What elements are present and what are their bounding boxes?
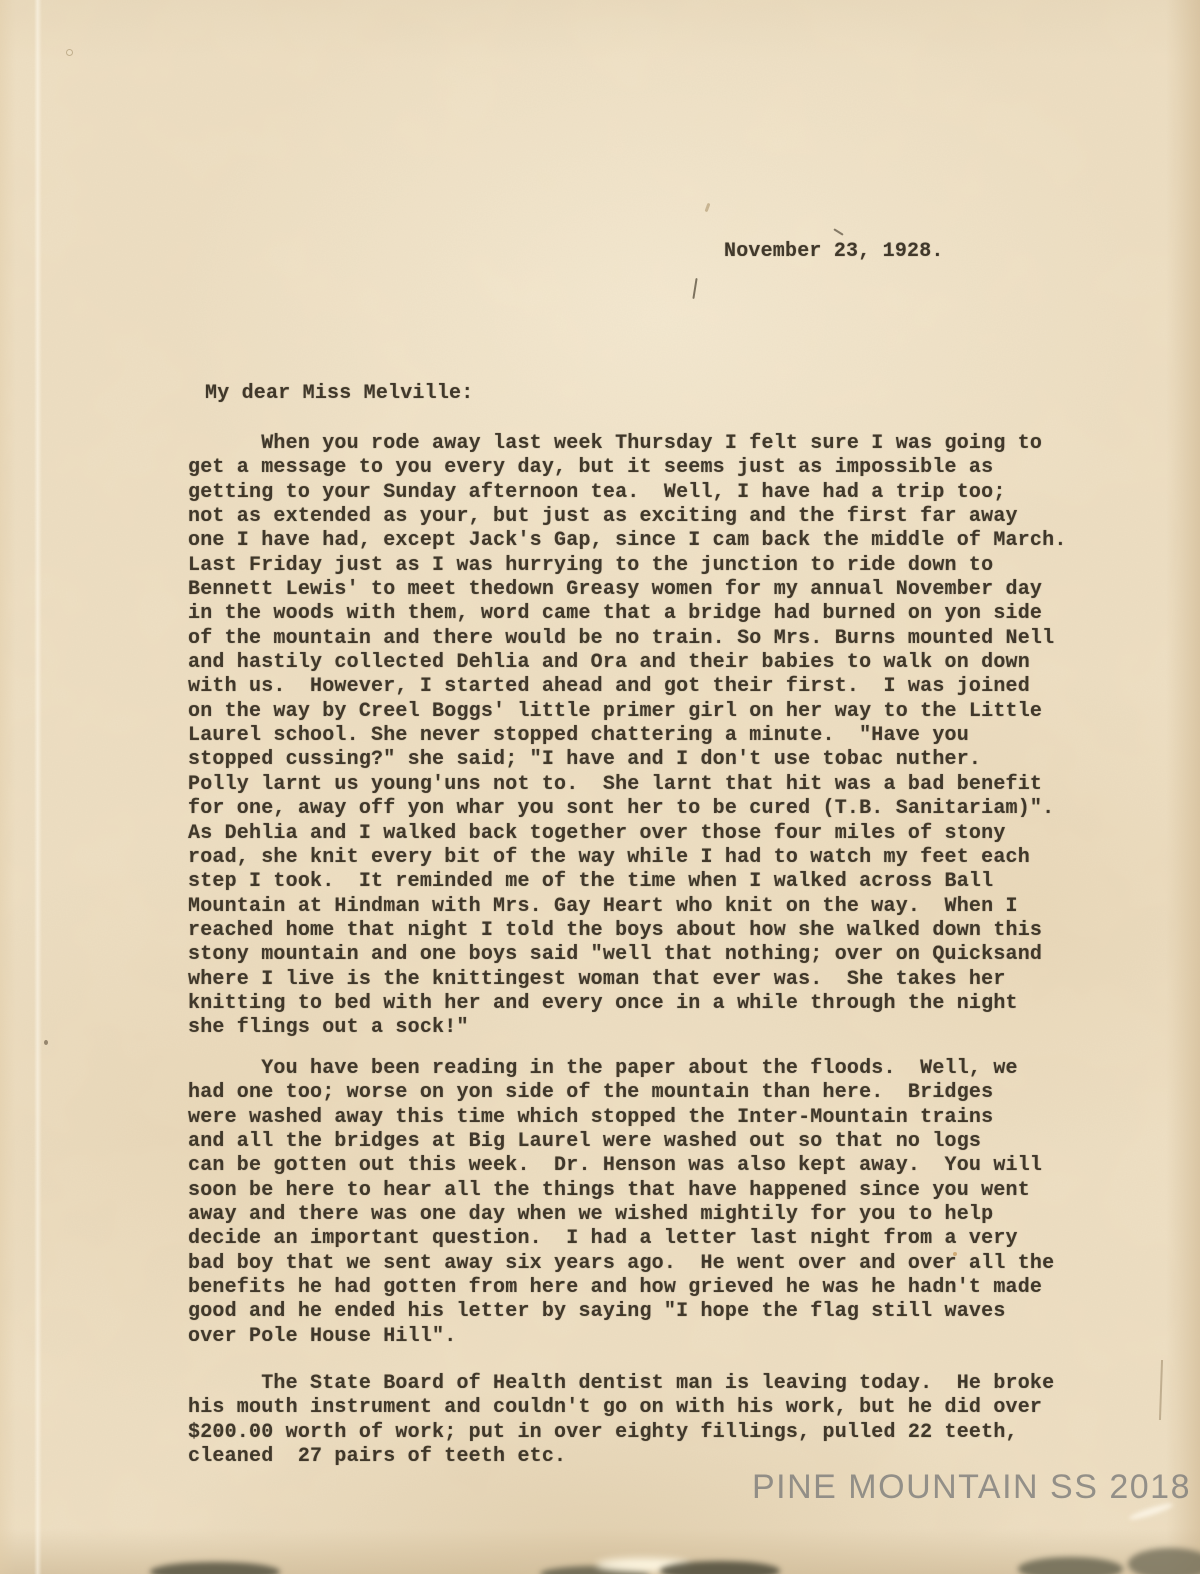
letter-line: benefits he had gotten from here and how… <box>188 1276 1054 1300</box>
letter-line: You have been reading in the paper about… <box>188 1057 1054 1081</box>
letter-line: and hastily collected Dehlia and Ora and… <box>188 651 1067 675</box>
letter-line: get a message to you every day, but it s… <box>188 456 1067 480</box>
letter-line: knitting to bed with her and every once … <box>188 992 1067 1016</box>
letter-line: on the way by Creel Boggs' little primer… <box>188 700 1067 724</box>
archive-watermark: PINE MOUNTAIN SS 2018 <box>752 1468 1191 1507</box>
letter-line: stony mountain and one boys said "well t… <box>188 943 1067 967</box>
letter-line: over Pole House Hill". <box>188 1325 1054 1349</box>
paper-speck <box>44 1040 48 1045</box>
letter-line: cleaned 27 pairs of teeth etc. <box>188 1445 1054 1469</box>
letter-line: Mountain at Hindman with Mrs. Gay Heart … <box>188 895 1067 919</box>
letter-line: were washed away this time which stopped… <box>188 1106 1054 1130</box>
letter-paragraph-2: You have been reading in the paper about… <box>188 1057 1054 1349</box>
letter-paragraph-3: The State Board of Health dentist man is… <box>188 1372 1054 1469</box>
letter-line: The State Board of Health dentist man is… <box>188 1372 1054 1396</box>
letter-line: decide an important question. I had a le… <box>188 1227 1054 1251</box>
letter-line: can be gotten out this week. Dr. Henson … <box>188 1154 1054 1178</box>
letter-line: not as extended as your, but just as exc… <box>188 505 1067 529</box>
pen-slash-mark <box>692 278 697 299</box>
paper-speck <box>953 1252 957 1256</box>
letter-line: bad boy that we sent away six years ago.… <box>188 1252 1054 1276</box>
letter-line: had one too; worse on yon side of the mo… <box>188 1081 1054 1105</box>
scanned-letter-page: November 23, 1928. My dear Miss Melville… <box>0 0 1200 1574</box>
stray-ink-mark <box>833 228 843 236</box>
letter-line: As Dehlia and I walked back together ove… <box>188 822 1067 846</box>
letter-line: of the mountain and there would be no tr… <box>188 627 1067 651</box>
torn-edge-spot <box>1128 1548 1200 1574</box>
letter-date: November 23, 1928. <box>724 240 944 263</box>
torn-edge-spot <box>150 1562 280 1574</box>
letter-line: his mouth instrument and couldn't go on … <box>188 1396 1054 1420</box>
letter-line: for one, away off yon whar you sont her … <box>188 797 1067 821</box>
letter-line: $200.00 worth of work; put in over eight… <box>188 1421 1054 1445</box>
torn-edge-highlight <box>596 1558 691 1572</box>
letter-line: When you rode away last week Thursday I … <box>188 432 1067 456</box>
paper-speck <box>66 49 73 56</box>
letter-line: road, she knit every bit of the way whil… <box>188 846 1067 870</box>
letter-line: step I took. It reminded me of the time … <box>188 870 1067 894</box>
letter-line: she flings out a sock!" <box>188 1016 1067 1040</box>
paper-scratch <box>1159 1360 1163 1420</box>
letter-line: good and he ended his letter by saying "… <box>188 1300 1054 1324</box>
letter-line: soon be here to hear all the things that… <box>188 1179 1054 1203</box>
letter-line: getting to your Sunday afternoon tea. We… <box>188 481 1067 505</box>
letter-line: in the woods with them, word came that a… <box>188 602 1067 626</box>
letter-salutation: My dear Miss Melville: <box>205 382 473 405</box>
letter-line: reached home that night I told the boys … <box>188 919 1067 943</box>
letter-line: one I have had, except Jack's Gap, since… <box>188 529 1067 553</box>
letter-line: and all the bridges at Big Laurel were w… <box>188 1130 1054 1154</box>
letter-line: stopped cussing?" she said; "I have and … <box>188 748 1067 772</box>
torn-edge-spot <box>1018 1557 1123 1574</box>
letter-line: away and there was one day when we wishe… <box>188 1203 1054 1227</box>
letter-line: Laurel school. She never stopped chatter… <box>188 724 1067 748</box>
letter-line: Polly larnt us young'uns not to. She lar… <box>188 773 1067 797</box>
letter-line: Last Friday just as I was hurrying to th… <box>188 554 1067 578</box>
letter-line: with us. However, I started ahead and go… <box>188 675 1067 699</box>
paper-speck <box>705 203 711 212</box>
letter-paragraph-1: When you rode away last week Thursday I … <box>188 432 1067 1041</box>
letter-line: where I live is the knittingest woman th… <box>188 968 1067 992</box>
letter-line: Bennett Lewis' to meet thedown Greasy wo… <box>188 578 1067 602</box>
paper-fold-line <box>34 0 42 1574</box>
